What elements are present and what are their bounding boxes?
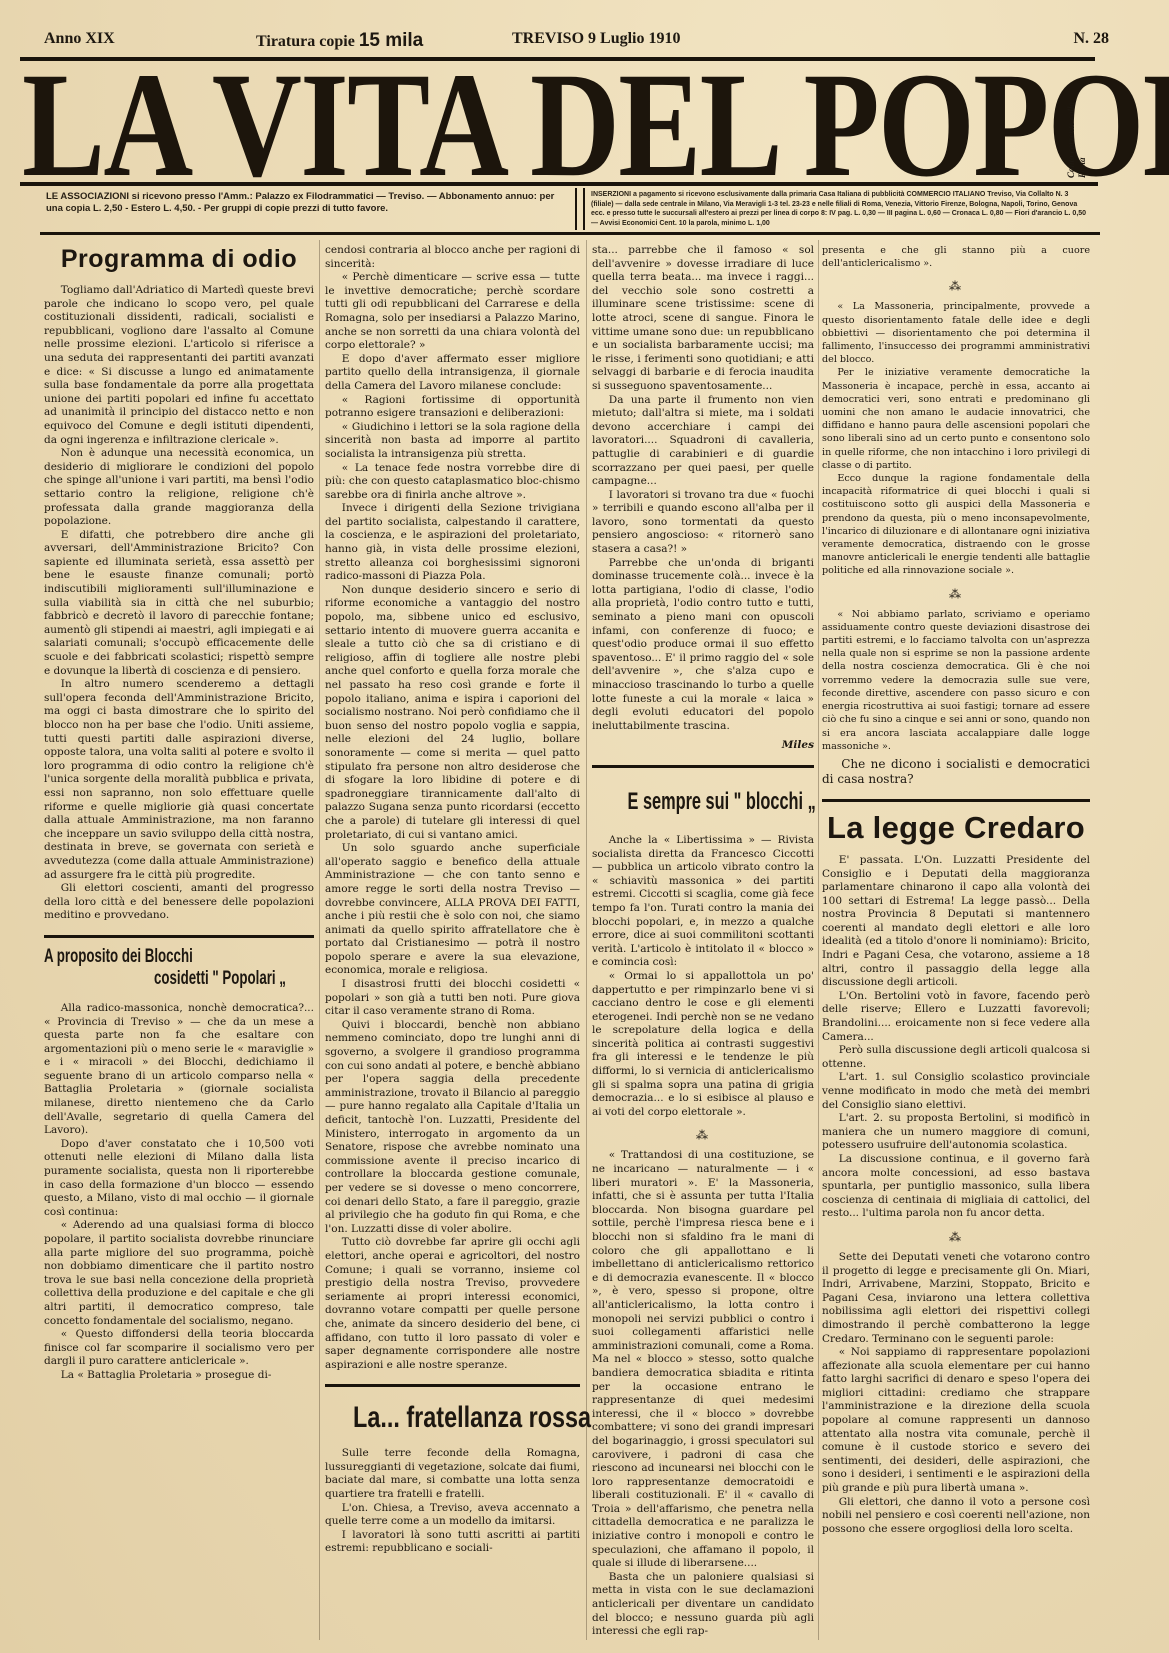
section-rule [592, 765, 814, 768]
asterism-divider: ⁂ [822, 278, 1090, 294]
paragraph: I lavoratori si trovano tra due « fuochi… [592, 489, 814, 557]
paragraph: « Ragioni fortissime di opportunità potr… [325, 394, 580, 421]
paragraph: « Perchè dimenticare — scrive essa — tut… [325, 271, 580, 353]
paragraph: « La Massoneria, principalmente, provved… [822, 300, 1090, 366]
paragraph: E difatti, che potrebbero dire anche gli… [44, 529, 314, 679]
paragraph: Non dunque desiderio sincero e serio di … [325, 584, 580, 842]
newspaper-page: Anno XIX Tiratura copie 15 mila TREVISO … [0, 0, 1169, 1653]
article-body-credaro: E' passata. L'On. Luzzatti Presidente de… [822, 854, 1090, 1221]
advertising-box: INSERZIONI a pagamento si ricevono esclu… [591, 190, 1091, 228]
column-3: sta... parrebbe che il famoso « sol dell… [592, 244, 814, 1639]
paragraph: « La tenace fede nostra vorrebbe dire di… [325, 462, 580, 503]
masthead-rule [20, 182, 1098, 186]
article-body-sempre-blocchi-2: « Trattandosi di una costituzione, se ne… [592, 1149, 814, 1638]
paragraph: Tutto ciò dovrebbe far aprire gli occhi … [325, 1236, 580, 1372]
paragraph: E dopo d'aver affermato esser migliore p… [325, 353, 580, 394]
closing-question: Che ne dicono i socialisti e democratici… [822, 757, 1090, 787]
paragraph: Togliamo dall'Adriatico di Martedì quest… [44, 284, 314, 447]
paragraph: Quivi i bloccardi, benchè non abbiano ne… [325, 1019, 580, 1237]
paragraph: Ecco dunque la ragione fondamentale dell… [822, 472, 1090, 578]
paragraph: « Questo diffondersi della teoria blocca… [44, 1328, 314, 1369]
paragraph: E' passata. L'On. Luzzatti Presidente de… [822, 854, 1090, 990]
paragraph: Gli elettori coscienti, amanti del progr… [44, 882, 314, 923]
section-rule [822, 799, 1090, 802]
paragraph: Invece i dirigenti della Sezione trivigi… [325, 502, 580, 584]
article-title-credaro: La legge Credaro [822, 810, 1090, 846]
article-title-programma: Programma di odio [44, 244, 314, 274]
column-divider [319, 240, 320, 1640]
paragraph: Sulle terre feconde della Romagna, lussu… [325, 1447, 580, 1501]
paragraph: « Giudichino i lettori se la sola ragion… [325, 421, 580, 462]
paragraph: Anche la « Libertissima » — Rivista soci… [592, 834, 814, 970]
box-divider [575, 188, 585, 230]
paragraph: I lavoratori là sono tutti ascritti ai p… [325, 1529, 580, 1556]
paragraph: La discussione continua, e il governo fa… [822, 1153, 1090, 1221]
subscriptions-box: LE ASSOCIAZIONI si ricevono presso l'Amm… [46, 191, 568, 215]
paragraph: Gli elettori, che danno il voto a person… [822, 1496, 1090, 1537]
article-body-sempre-blocchi-continued: presenta e che gli stanno più a cuore de… [822, 244, 1090, 753]
paragraph: « Aderendo ad una qualsiasi forma di blo… [44, 1219, 314, 1328]
article-body-credaro-2: Sette dei Deputati veneti che votarono c… [822, 1251, 1090, 1536]
column-2: cendosi contraria al blocco anche per ra… [325, 244, 580, 1556]
asterism-divider: ⁂ [822, 586, 1090, 602]
paragraph: In altro numero scenderemo a dettagli su… [44, 678, 314, 882]
article-body-blocchi: Alla radico-massonica, nonchè democratic… [44, 1002, 314, 1383]
paragraph: Per le iniziative veramente democratiche… [822, 366, 1090, 472]
article-body-sempre-blocchi: Anche la « Libertissima » — Rivista soci… [592, 834, 814, 1119]
paragraph: Non è adunque una necessità economica, u… [44, 447, 314, 529]
paragraph: L'On. Bertolini votò in favore, facendo … [822, 990, 1090, 1044]
paragraph: La « Battaglia Proletaria » prosegue di- [44, 1369, 314, 1383]
masthead-tagline: Conto corrente colla Posta [1066, 92, 1090, 178]
section-rule [325, 1384, 580, 1387]
article-body-fratellanza-continued: sta... parrebbe che il famoso « sol dell… [592, 244, 814, 733]
paragraph: « Noi sappiamo di rappresentare popolazi… [822, 1346, 1090, 1496]
paragraph: Però sulla discussione degli articoli qu… [822, 1044, 1090, 1071]
masthead-title: LA VITA DEL POPOLO [22, 66, 902, 184]
article-signature: Miles [592, 739, 814, 753]
paragraph: L'art. 1. sul Consiglio scolastico provi… [822, 1071, 1090, 1112]
article-title-sempre-blocchi: E sempre sui " blocchi „ [628, 788, 779, 816]
paragraph: « Noi abbiamo parlato, scriviamo e operi… [822, 608, 1090, 753]
article-body-fratellanza: Sulle terre feconde della Romagna, lussu… [325, 1447, 580, 1556]
paragraph: Alla radico-massonica, nonchè democratic… [44, 1002, 314, 1138]
paragraph: cendosi contraria al blocco anche per ra… [325, 244, 580, 271]
article-title-fratellanza: La... fratellanza rossa [353, 1401, 552, 1435]
paragraph: presenta e che gli stanno più a cuore de… [822, 244, 1090, 270]
paragraph: sta... parrebbe che il famoso « sol dell… [592, 244, 814, 394]
column-divider [818, 240, 819, 1640]
article-body-blocchi-continued: cendosi contraria al blocco anche per ra… [325, 244, 580, 1372]
title-line: A proposito dei Blocchi [44, 946, 233, 968]
paragraph: Parrebbe che un'onda di briganti dominas… [592, 557, 814, 734]
section-rule [44, 935, 314, 938]
article-title-blocchi: A proposito dei Blocchi cosidetti " Popo… [44, 946, 314, 990]
paragraph: Sette dei Deputati veneti che votarono c… [822, 1251, 1090, 1346]
column-4: presenta e che gli stanno più a cuore de… [822, 244, 1090, 1536]
paragraph: Dopo d'aver constatato che i 10,500 voti… [44, 1138, 314, 1220]
asterism-divider: ⁂ [592, 1127, 814, 1143]
paragraph: L'art. 2. su proposta Bertolini, si modi… [822, 1112, 1090, 1153]
paragraph: Basta che un paloniere qualsiasi si mett… [592, 1571, 814, 1639]
paragraph: I disastrosi frutti dei blocchi cosidett… [325, 978, 580, 1019]
title-line: cosidetti " Popolari „ [154, 968, 266, 990]
paragraph: Da una parte il frumento non vien mietut… [592, 394, 814, 489]
paragraph: « Ormai lo si appallottola un po' dapper… [592, 970, 814, 1120]
column-1: Programma di odio Togliamo dall'Adriatic… [44, 244, 314, 1383]
asterism-divider: ⁂ [822, 1229, 1090, 1245]
subscriptions-rule [40, 232, 1100, 235]
paragraph: L'on. Chiesa, a Treviso, aveva accennato… [325, 1502, 580, 1529]
article-body-programma: Togliamo dall'Adriatico di Martedì quest… [44, 284, 314, 923]
paragraph: « Trattandosi di una costituzione, se ne… [592, 1149, 814, 1570]
paragraph: Un solo sguardo anche superficiale all'o… [325, 842, 580, 978]
